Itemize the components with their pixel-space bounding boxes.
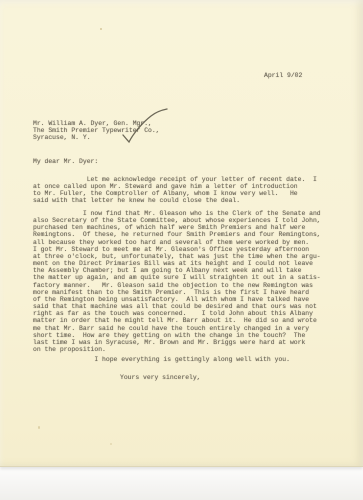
letter-date: April 9/02 — [264, 72, 302, 79]
scanned-letter: April 9/02 Mr. William A. Dyer, Gen. Mgr… — [0, 0, 363, 500]
paper-speck — [110, 443, 112, 445]
handwritten-check-icon — [118, 105, 174, 151]
salutation: My dear Mr. Dyer: — [33, 158, 98, 165]
body-paragraph-3: I hope everything is gettingly along wel… — [33, 356, 290, 363]
body-paragraph-2: I now find that Mr. Gleason who is the C… — [33, 210, 321, 353]
body-paragraph-1: Let me acknowledge receipt of your lette… — [33, 176, 317, 205]
letter-page: April 9/02 Mr. William A. Dyer, Gen. Mgr… — [0, 0, 363, 467]
date-text: April 9/02 — [264, 72, 302, 79]
closing-text: Yours very sincerely, — [120, 374, 201, 381]
closing-line: Yours very sincerely, — [120, 374, 201, 381]
salutation-text: My dear Mr. Dyer: — [33, 158, 98, 165]
paper-speck — [100, 28, 102, 30]
paper-speck — [38, 426, 40, 429]
